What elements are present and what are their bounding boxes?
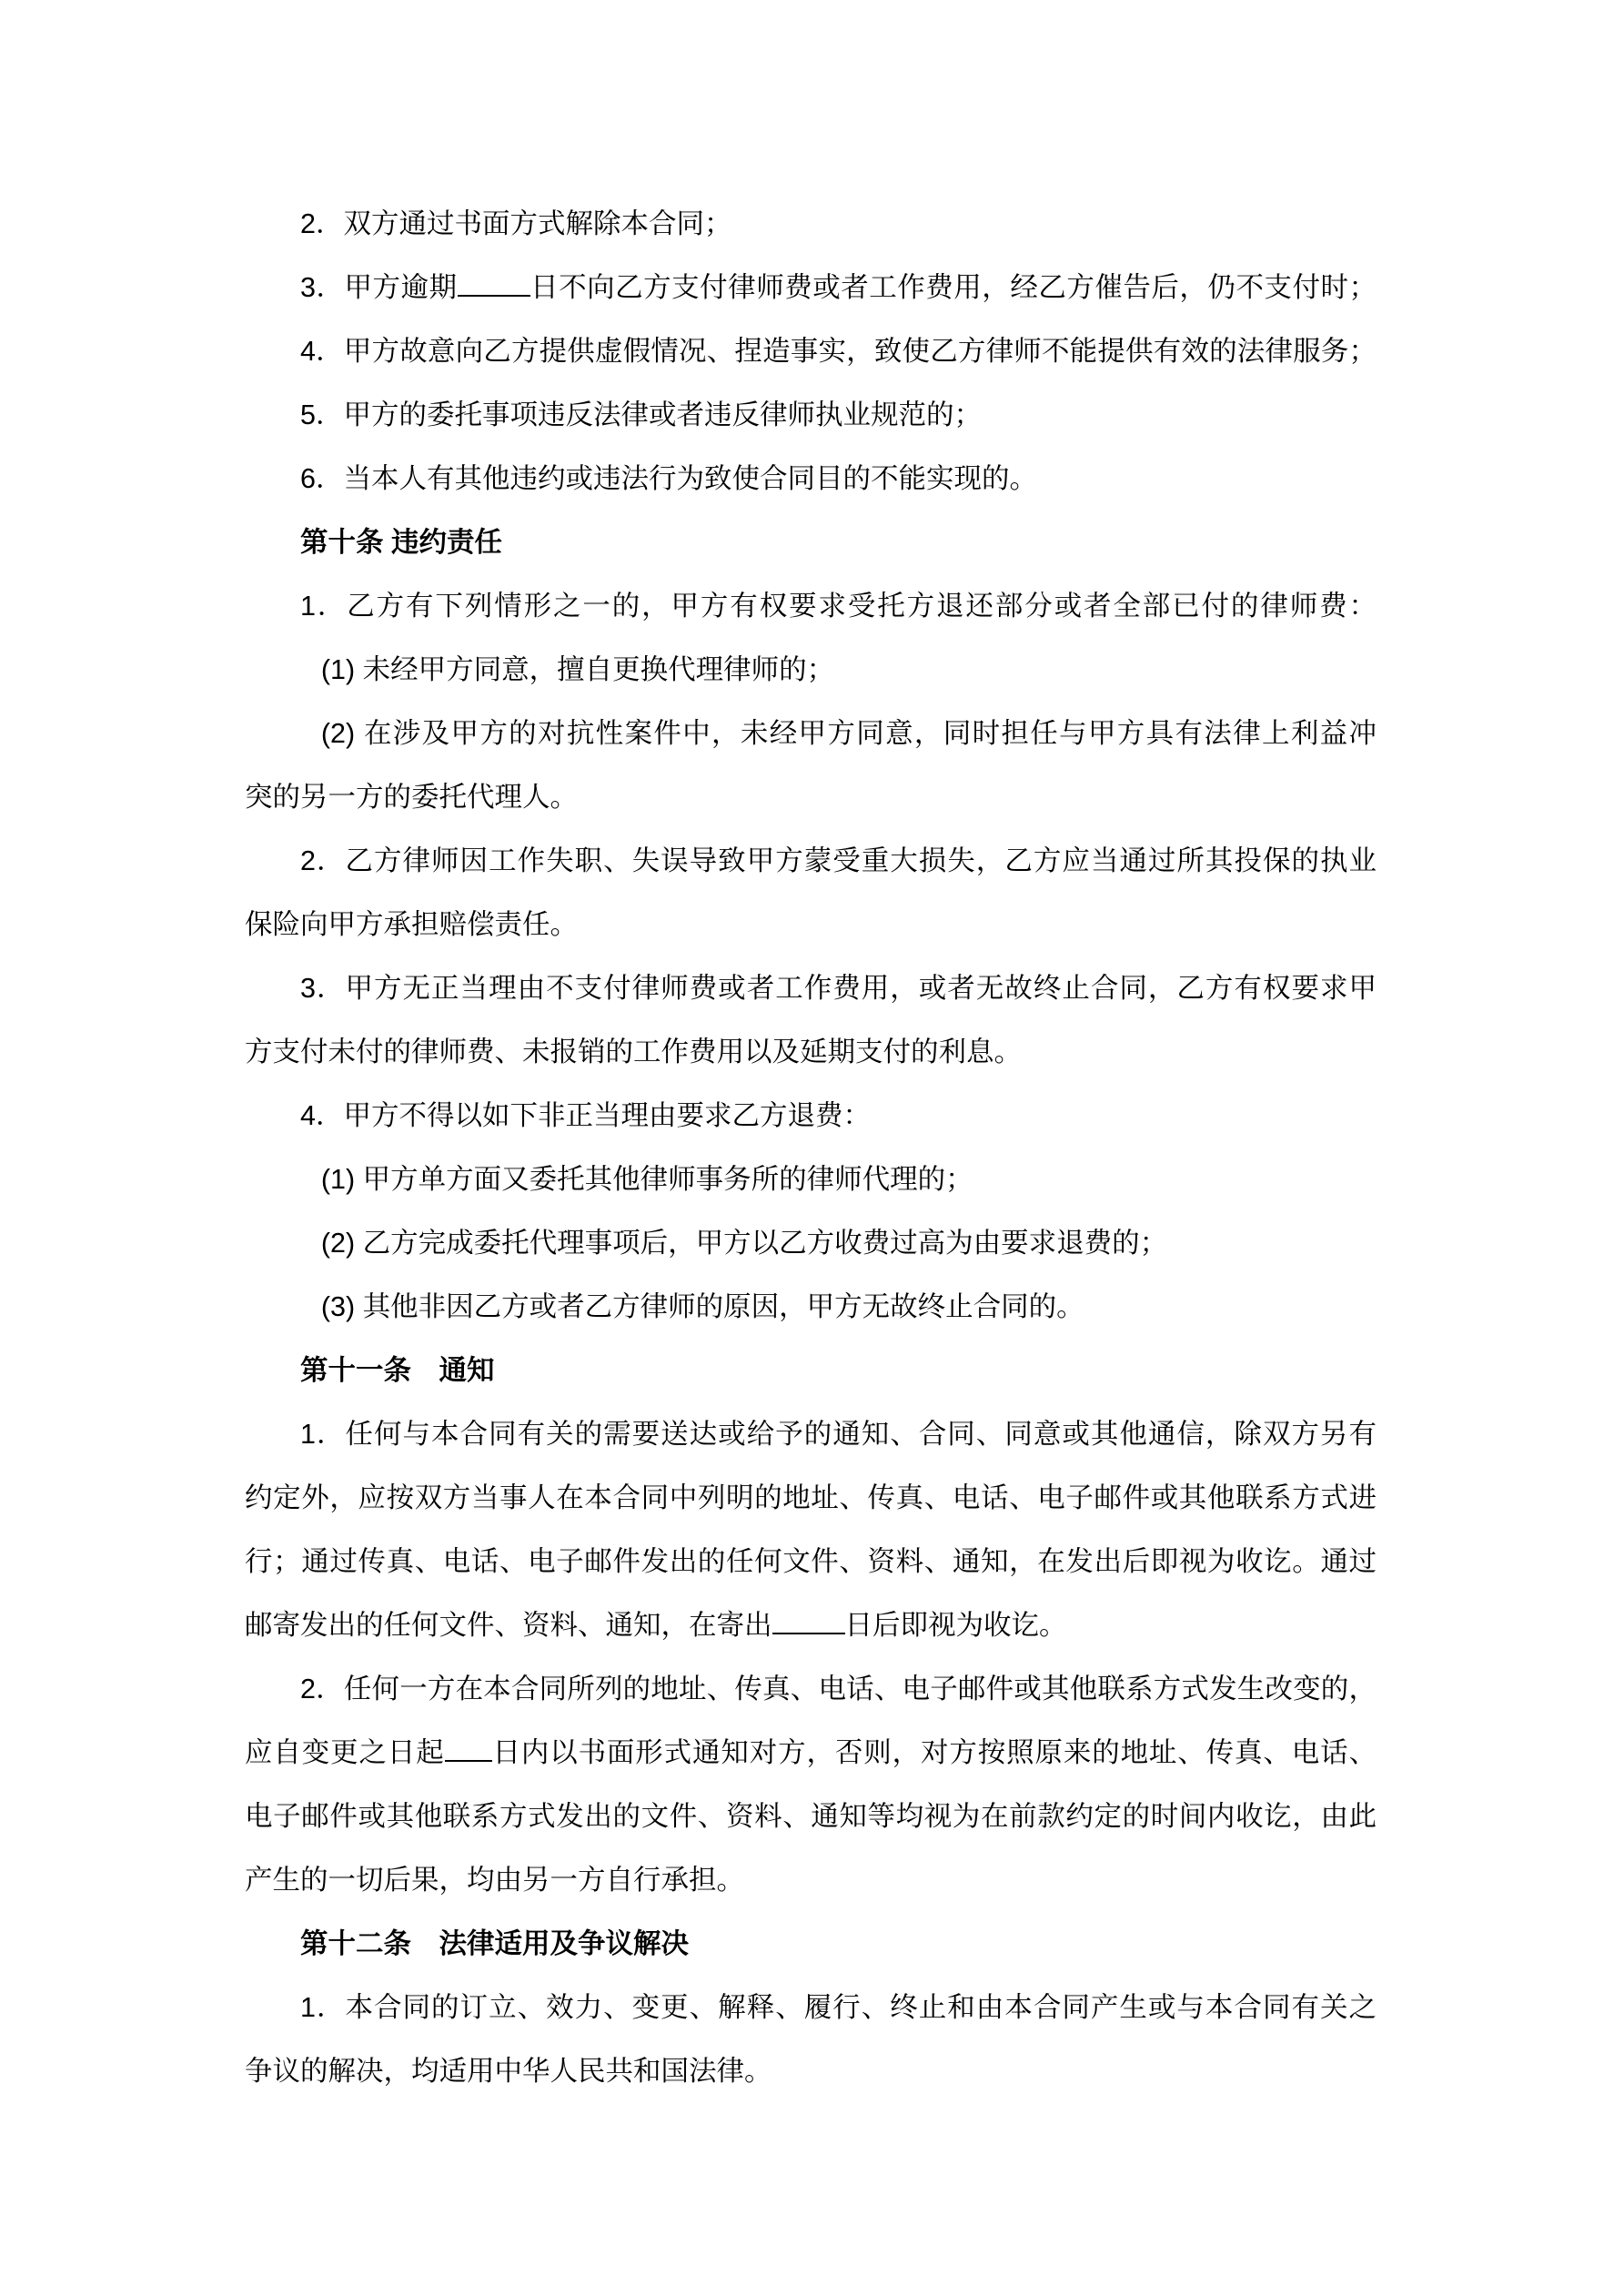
text-line: 6．当本人有其他违约或违法行为致使合同目的不能实现的。 (245, 447, 1377, 511)
text-line: 产生的一切后果，均由另一方自行承担。 (245, 1848, 1377, 1912)
text-line: (3) 其他非因乙方或者乙方律师的原因，甲方无故终止合同的。 (245, 1275, 1377, 1339)
heading-line: 第十二条 法律适用及争议解决 (245, 1912, 1377, 1976)
text-line: 2．双方通过书面方式解除本合同； (245, 192, 1377, 256)
text-line: 2．任何一方在本合同所列的地址、传真、电话、电子邮件或其他联系方式发生改变的， (245, 1657, 1377, 1721)
text-line: (1) 未经甲方同意，擅自更换代理律师的； (245, 638, 1377, 702)
text-line: 1．本合同的订立、效力、变更、解释、履行、终止和由本合同产生或与本合同有关之 (245, 1976, 1377, 2039)
text-line: (2) 在涉及甲方的对抗性案件中，未经甲方同意，同时担任与甲方具有法律上利益冲 (245, 702, 1377, 765)
text-line: 争议的解决，均适用中华人民共和国法律。 (245, 2039, 1377, 2103)
text-line: 保险向甲方承担赔偿责任。 (245, 893, 1377, 956)
text-line: 方支付未付的律师费、未报销的工作费用以及延期支付的利息。 (245, 1020, 1377, 1084)
fill-in-blank (772, 1608, 845, 1634)
text-line: 3．甲方逾期日不向乙方支付律师费或者工作费用，经乙方催告后，仍不支付时； (245, 256, 1377, 319)
text-line: (2) 乙方完成委托代理事项后，甲方以乙方收费过高为由要求退费的； (245, 1211, 1377, 1275)
text-line: 1．乙方有下列情形之一的，甲方有权要求受托方退还部分或者全部已付的律师费： (245, 574, 1377, 638)
text-line: 突的另一方的委托代理人。 (245, 765, 1377, 829)
text-line: 邮寄发出的任何文件、资料、通知，在寄出日后即视为收讫。 (245, 1593, 1377, 1657)
text-line: 5．甲方的委托事项违反法律或者违反律师执业规范的； (245, 383, 1377, 447)
text-line: 4．甲方不得以如下非正当理由要求乙方退费： (245, 1084, 1377, 1148)
contract-body: 2．双方通过书面方式解除本合同；3．甲方逾期日不向乙方支付律师费或者工作费用，经… (245, 192, 1377, 2103)
contract-page: 2．双方通过书面方式解除本合同；3．甲方逾期日不向乙方支付律师费或者工作费用，经… (0, 0, 1624, 2296)
heading-line: 第十一条 通知 (245, 1339, 1377, 1402)
text-line: 行；通过传真、电话、电子邮件发出的任何文件、资料、通知，在发出后即视为收讫。通过 (245, 1530, 1377, 1593)
text-line: 3．甲方无正当理由不支付律师费或者工作费用，或者无故终止合同，乙方有权要求甲 (245, 956, 1377, 1020)
text-line: 电子邮件或其他联系方式发出的文件、资料、通知等均视为在前款约定的时间内收讫，由此 (245, 1785, 1377, 1848)
fill-in-blank (458, 270, 530, 297)
text-line: 约定外，应按双方当事人在本合同中列明的地址、传真、电话、电子邮件或其他联系方式进 (245, 1466, 1377, 1530)
text-line: 应自变更之日起日内以书面形式通知对方，否则，对方按照原来的地址、传真、电话、 (245, 1721, 1377, 1785)
text-line: 4．甲方故意向乙方提供虚假情况、捏造事实，致使乙方律师不能提供有效的法律服务； (245, 319, 1377, 383)
text-line: 2．乙方律师因工作失职、失误导致甲方蒙受重大损失，乙方应当通过所其投保的执业 (245, 829, 1377, 893)
text-line: (1) 甲方单方面又委托其他律师事务所的律师代理的； (245, 1148, 1377, 1211)
heading-line: 第十条 违约责任 (245, 511, 1377, 574)
text-line: 1．任何与本合同有关的需要送达或给予的通知、合同、同意或其他通信，除双方另有 (245, 1402, 1377, 1466)
fill-in-blank (445, 1735, 492, 1762)
